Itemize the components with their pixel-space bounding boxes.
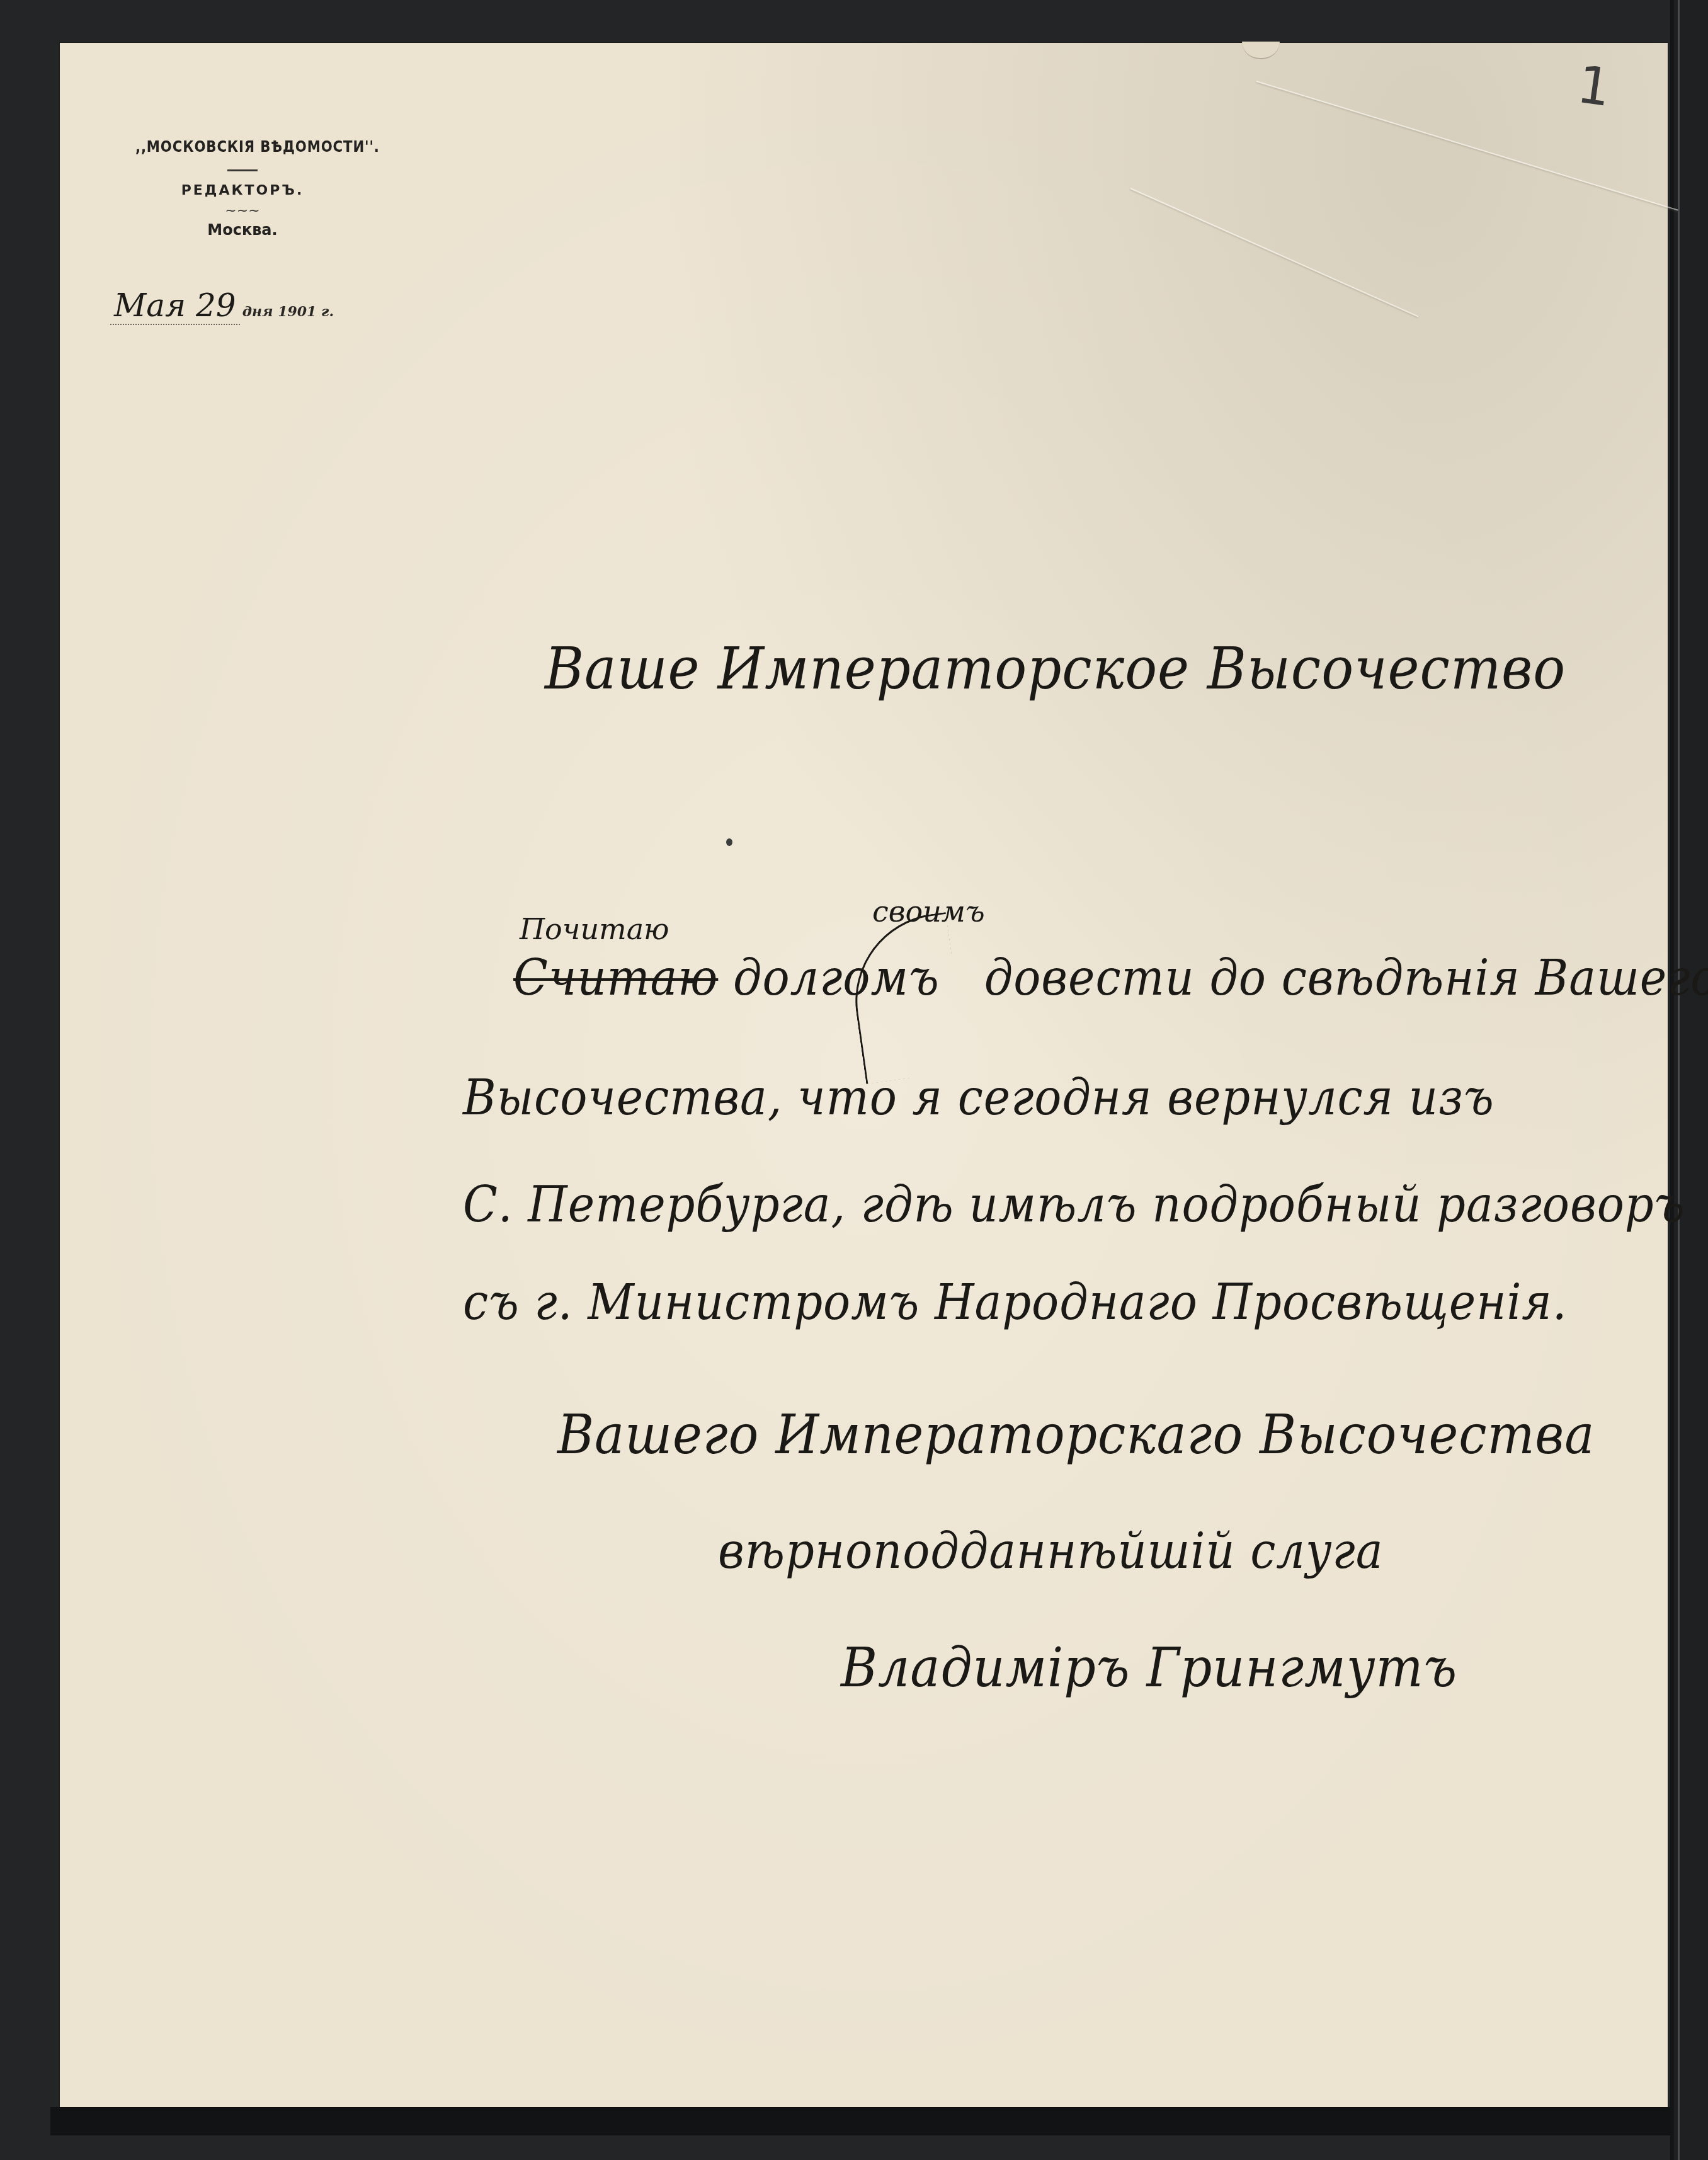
body-line-2: Высочества, что я сегодня вернулся изъ: [463, 1070, 1495, 1126]
salutation: Ваше Императорское Высочество: [545, 635, 1566, 702]
date-month-day: Мая 29: [110, 287, 240, 325]
body-text: довести до свѣдѣнія Вашего: [984, 950, 1708, 1007]
letterhead: ,,МОСКОВСКІЯ ВѢДОМОСТИ''. РЕДАКТОРЪ. ~~~…: [117, 137, 368, 239]
date-line: Мая 29дня 1901 г.: [110, 287, 387, 325]
body-line-1: Считаю долгомъ довести до свѣдѣнія Вашег…: [513, 950, 1708, 1007]
interlinear-correction: Почитаю: [520, 912, 669, 946]
newspaper-title: ,,МОСКОВСКІЯ ВѢДОМОСТИ''.: [135, 137, 350, 156]
archive-page-number: 1: [1574, 55, 1615, 118]
signature: Владиміръ Грингмутъ: [841, 1637, 1457, 1700]
torn-corner: [1242, 42, 1280, 59]
body-text: долгомъ: [733, 950, 940, 1007]
editor-label: РЕДАКТОРЪ.: [117, 183, 368, 198]
letter-sheet: 1 ,,МОСКОВСКІЯ ВѢДОМОСТИ''. РЕДАКТОРЪ. ~…: [60, 43, 1668, 2107]
city-label: Москва.: [117, 221, 368, 239]
paper-crease: [1130, 188, 1419, 317]
paper-crease: [1256, 81, 1678, 211]
body-line-4: съ г. Министромъ Народнаго Просвѣщенія.: [463, 1274, 1567, 1331]
date-printed-suffix: дня 1901 г.: [242, 304, 334, 320]
mount-edge-strip: [1670, 0, 1708, 2160]
date-year-digit: 1: [307, 304, 316, 320]
struck-word: Считаю: [513, 950, 718, 1007]
ink-spot: [726, 838, 732, 846]
paper-shadow: [50, 2107, 1670, 2135]
letterhead-rule: [227, 169, 258, 171]
closing-line-1: Вашего Императорскаго Высочества: [557, 1403, 1595, 1466]
body-line-3: С. Петербурга, гдѣ имѣлъ подробный разго…: [463, 1177, 1685, 1233]
closing-line-2: вѣрноподданнѣйшій слуга: [718, 1523, 1383, 1580]
tilde-ornament-icon: ~~~: [117, 205, 368, 217]
